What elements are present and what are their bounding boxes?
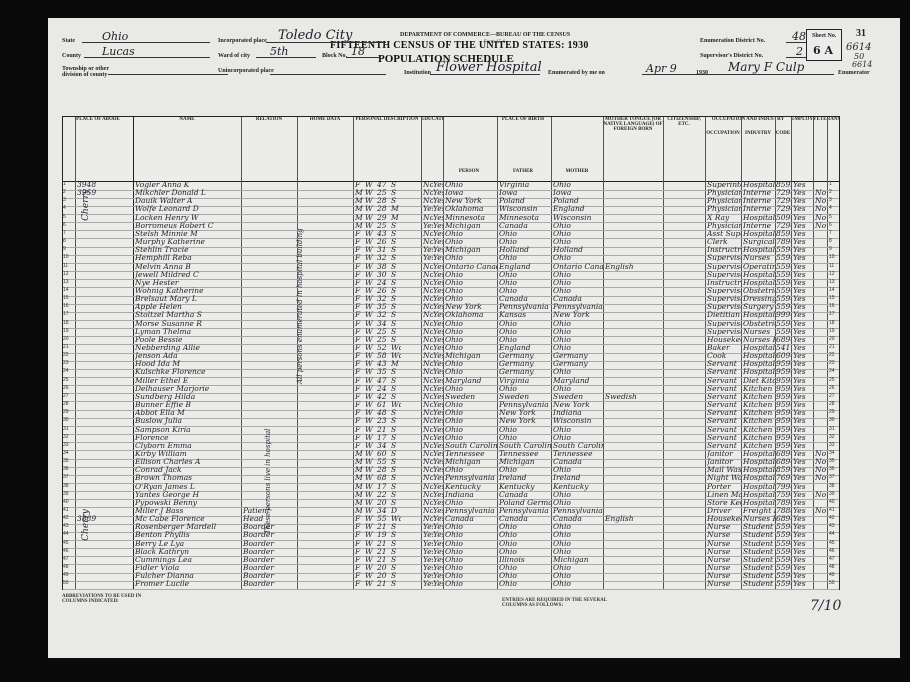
cell-line-right: 50 <box>829 580 835 586</box>
cell-line-right: 44 <box>829 531 835 537</box>
cell-line: 5 <box>63 214 75 220</box>
cell-work: Yes <box>793 579 807 588</box>
cell-line-right: 12 <box>829 271 835 277</box>
sheet-label: Sheet No. <box>812 33 836 39</box>
cell-line-right: 30 <box>829 417 835 423</box>
cell-line-right: 27 <box>829 393 835 399</box>
street-annotation-1: Cherry <box>81 189 91 221</box>
cell-line: 45 <box>63 540 75 546</box>
cell-tongue: English <box>605 262 641 271</box>
cell-line-right: 28 <box>829 401 835 407</box>
cell-line: 6 <box>63 222 75 228</box>
page-stamp: 31 <box>856 28 866 39</box>
cell-line-right: 18 <box>829 320 835 326</box>
col-group-citizenship: CITIZENSHIP, ETC. <box>663 117 706 181</box>
col-group-home-data: HOME DATA <box>297 117 354 181</box>
institution-value: Flower Hospital <box>436 60 542 75</box>
cell-line-right: 49 <box>829 572 835 578</box>
cell-line: 41 <box>63 507 75 513</box>
col-group-occupation: OCCUPATION AND INDUSTRY OCCUPATION INDUS… <box>705 117 792 181</box>
cell-line: 13 <box>63 279 75 285</box>
department-title: DEPARTMENT OF COMMERCE—BUREAU OF THE CEN… <box>400 32 570 38</box>
cell-line: 9 <box>63 246 75 252</box>
cell-line: 39 <box>63 491 75 497</box>
cell-line: 8 <box>63 238 75 244</box>
cell-line-right: 48 <box>829 564 835 570</box>
cell-line: 31 <box>63 426 75 432</box>
cell-line-right: 36 <box>829 466 835 472</box>
cell-line-right: 40 <box>829 499 835 505</box>
cell-line-right: 29 <box>829 409 835 415</box>
cell-line: 15 <box>63 295 75 301</box>
cell-line-right: 39 <box>829 491 835 497</box>
cell-vet: No <box>815 506 827 515</box>
cell-father: Ohio <box>499 579 551 588</box>
cell-line-right: 38 <box>829 483 835 489</box>
cell-line-right: 3 <box>829 197 832 203</box>
cell-line-right: 8 <box>829 238 832 244</box>
cell-line: 33 <box>63 442 75 448</box>
cell-line-right: 37 <box>829 474 835 480</box>
enumerated-label: Enumerated by me on <box>548 70 605 76</box>
cell-line: 36 <box>63 466 75 472</box>
father-subheader: FATHER <box>497 169 549 174</box>
unincorporated-label: Unincorporated place <box>218 68 274 74</box>
cell-line: 32 <box>63 434 75 440</box>
col-group-employment: EMPLOYMENT <box>791 117 814 181</box>
cell-line-right: 22 <box>829 352 835 358</box>
industry-subheader: INDUSTRY <box>741 131 775 136</box>
institution-label: Institution <box>404 70 431 76</box>
state-label: State <box>62 38 75 44</box>
cell-line-right: 1 <box>829 181 832 187</box>
scan-border-bottom <box>0 660 910 682</box>
col-group-place-of-birth: PLACE OF BIRTH PERSON FATHER MOTHER <box>443 117 604 181</box>
cell-line-right: 5 <box>829 214 832 220</box>
cell-read: Yes <box>433 579 443 588</box>
birth-label: PLACE OF BIRTH <box>443 117 603 122</box>
cell-line-right: 20 <box>829 336 835 342</box>
mother-subheader: MOTHER <box>551 169 603 174</box>
cell-line: 1 <box>63 181 75 187</box>
cell-line: 35 <box>63 458 75 464</box>
cell-line: 44 <box>63 531 75 537</box>
abbreviations-title: ABBREVIATIONS TO BE USED IN COLUMNS INDI… <box>62 594 142 604</box>
cell-line: 47 <box>63 556 75 562</box>
township-label: Township or other division of county <box>62 66 122 78</box>
cell-line-right: 34 <box>829 450 835 456</box>
cell-line: 25 <box>63 377 75 383</box>
cell-line: 21 <box>63 344 75 350</box>
scan-border-top <box>0 0 910 20</box>
cell-line-right: 6 <box>829 222 832 228</box>
cell-line: 22 <box>63 352 75 358</box>
cell-line-right: 35 <box>829 458 835 464</box>
cell-school: Yes <box>423 579 433 588</box>
street-annotation-2: Cherry <box>81 509 91 541</box>
col-group-name: NAME <box>133 117 242 181</box>
corner-note: 7/10 <box>810 598 841 614</box>
margin-note-3: 6614 <box>852 60 872 69</box>
col-group-place-of-abode: PLACE OF ABODE <box>63 117 134 181</box>
sheet-number: 6 A <box>813 44 833 57</box>
cell-line-right: 19 <box>829 328 835 334</box>
cell-line: 30 <box>63 417 75 423</box>
cell-line: 19 <box>63 328 75 334</box>
cell-line: 50 <box>63 580 75 586</box>
enumerator-label: Enumerator <box>838 70 870 76</box>
supervisor-label: Supervisor's District No. <box>700 53 763 59</box>
cell-line-right: 46 <box>829 548 835 554</box>
cell-name: Fromer Lucile <box>135 579 241 588</box>
cell-line: 46 <box>63 548 75 554</box>
cell-line: 4 <box>63 205 75 211</box>
entries-title: ENTRIES ARE REQUIRED IN THE SEVERAL COLU… <box>502 598 622 608</box>
ward-label: Ward of city <box>218 53 250 59</box>
cell-line: 2 <box>63 189 75 195</box>
cell-mother: Ohio <box>553 579 603 588</box>
cell-line: 14 <box>63 287 75 293</box>
cell-line-right: 42 <box>829 515 835 521</box>
cell-line-right: 15 <box>829 295 835 301</box>
cell-line-right: 33 <box>829 442 835 448</box>
cell-line: 11 <box>63 263 75 269</box>
cell-line-right: 17 <box>829 311 835 317</box>
cell-line-right: 43 <box>829 523 835 529</box>
cell-vet: No <box>815 490 827 499</box>
county-label: County <box>62 53 81 59</box>
cell-line-right: 24 <box>829 368 835 374</box>
cell-line-right: 21 <box>829 344 835 350</box>
cell-line-right: 13 <box>829 279 835 285</box>
cell-rel: Boarder <box>243 579 297 588</box>
instructions-footer: ABBREVIATIONS TO BE USED IN COLUMNS INDI… <box>62 592 838 632</box>
cell-line: 24 <box>63 368 75 374</box>
code-subheader: CODE <box>775 131 791 136</box>
cell-occ: Nurse <box>707 579 741 588</box>
cell-age: 21 <box>377 579 389 588</box>
cell-line: 7 <box>63 230 75 236</box>
col-group-personal: PERSONAL DESCRIPTION <box>353 117 422 181</box>
cell-ind: Student <box>743 579 775 588</box>
cell-line-right: 25 <box>829 377 835 383</box>
cell-sex: F <box>355 579 363 588</box>
cell-vet: No <box>815 473 827 482</box>
cell-line: 26 <box>63 385 75 391</box>
cell-line: 34 <box>63 450 75 456</box>
census-table: PLACE OF ABODE NAME RELATION HOME DATA P… <box>62 116 840 590</box>
sheet-number-box: Sheet No. 6 A <box>806 29 842 61</box>
cell-line: 27 <box>63 393 75 399</box>
cell-line: 38 <box>63 483 75 489</box>
incorporated-value: Toledo City <box>278 28 352 43</box>
cell-line-right: 2 <box>829 189 832 195</box>
cell-line-right: 45 <box>829 540 835 546</box>
occupation-group-label: OCCUPATION AND INDUSTRY <box>705 117 791 122</box>
block-label: Block No. <box>322 53 347 59</box>
cell-line: 48 <box>63 564 75 570</box>
col-group-veterans: VETERANS <box>813 117 839 181</box>
cell-tongue: English <box>605 514 641 523</box>
cell-code: 5594 <box>776 579 791 588</box>
cell-line-right: 9 <box>829 246 832 252</box>
relation-note-2: These persons live in hospital <box>264 414 272 534</box>
cell-line: 43 <box>63 523 75 529</box>
cell-line: 37 <box>63 474 75 480</box>
cell-line: 16 <box>63 303 75 309</box>
cell-line-right: 41 <box>829 507 835 513</box>
cell-line: 40 <box>63 499 75 505</box>
cell-line: 20 <box>63 336 75 342</box>
cell-line-right: 26 <box>829 385 835 391</box>
year: 1930 <box>696 70 708 76</box>
cell-line: 49 <box>63 572 75 578</box>
cell-line: 10 <box>63 254 75 260</box>
cell-line: 28 <box>63 401 75 407</box>
col-group-relation: RELATION <box>241 117 298 181</box>
cell-line-right: 31 <box>829 426 835 432</box>
cell-line-right: 10 <box>829 254 835 260</box>
enumerator-name: Mary F Culp <box>728 60 804 74</box>
cell-line: 18 <box>63 320 75 326</box>
table-row: 50Fromer LucileBoarderFW21SYesYesOhioOhi… <box>63 580 839 590</box>
cell-line-right: 11 <box>829 263 834 269</box>
cell-line: 3 <box>63 197 75 203</box>
occupation-subheader: OCCUPATION <box>705 131 741 136</box>
cell-line-right: 47 <box>829 556 835 562</box>
col-group-education: EDUCATION <box>421 117 444 181</box>
cell-line-right: 4 <box>829 205 832 211</box>
col-group-mother-tongue: MOTHER TONGUE (OR NATIVE LANGUAGE) OF FO… <box>603 117 664 181</box>
cell-vet: No <box>815 221 827 230</box>
cell-line: 12 <box>63 271 75 277</box>
cell-line-right: 16 <box>829 303 835 309</box>
cell-line-right: 23 <box>829 360 835 366</box>
cell-race: W <box>365 579 375 588</box>
cell-line-right: 32 <box>829 434 835 440</box>
cell-line-right: 14 <box>829 287 835 293</box>
person-subheader: PERSON <box>443 169 495 174</box>
cell-tongue: Swedish <box>605 392 641 401</box>
cell-line: 17 <box>63 311 75 317</box>
cell-ms: S <box>391 579 401 588</box>
cell-line: 23 <box>63 360 75 366</box>
relation-note-1: All persons enumerated in hospital build… <box>296 204 304 384</box>
cell-birth: Ohio <box>445 579 497 588</box>
cell-line: 42 <box>63 515 75 521</box>
enum-district-label: Enumeration District No. <box>700 38 765 44</box>
cell-line: 29 <box>63 409 75 415</box>
incorporated-label: Incorporated place <box>218 38 267 44</box>
cell-line-right: 7 <box>829 230 832 236</box>
